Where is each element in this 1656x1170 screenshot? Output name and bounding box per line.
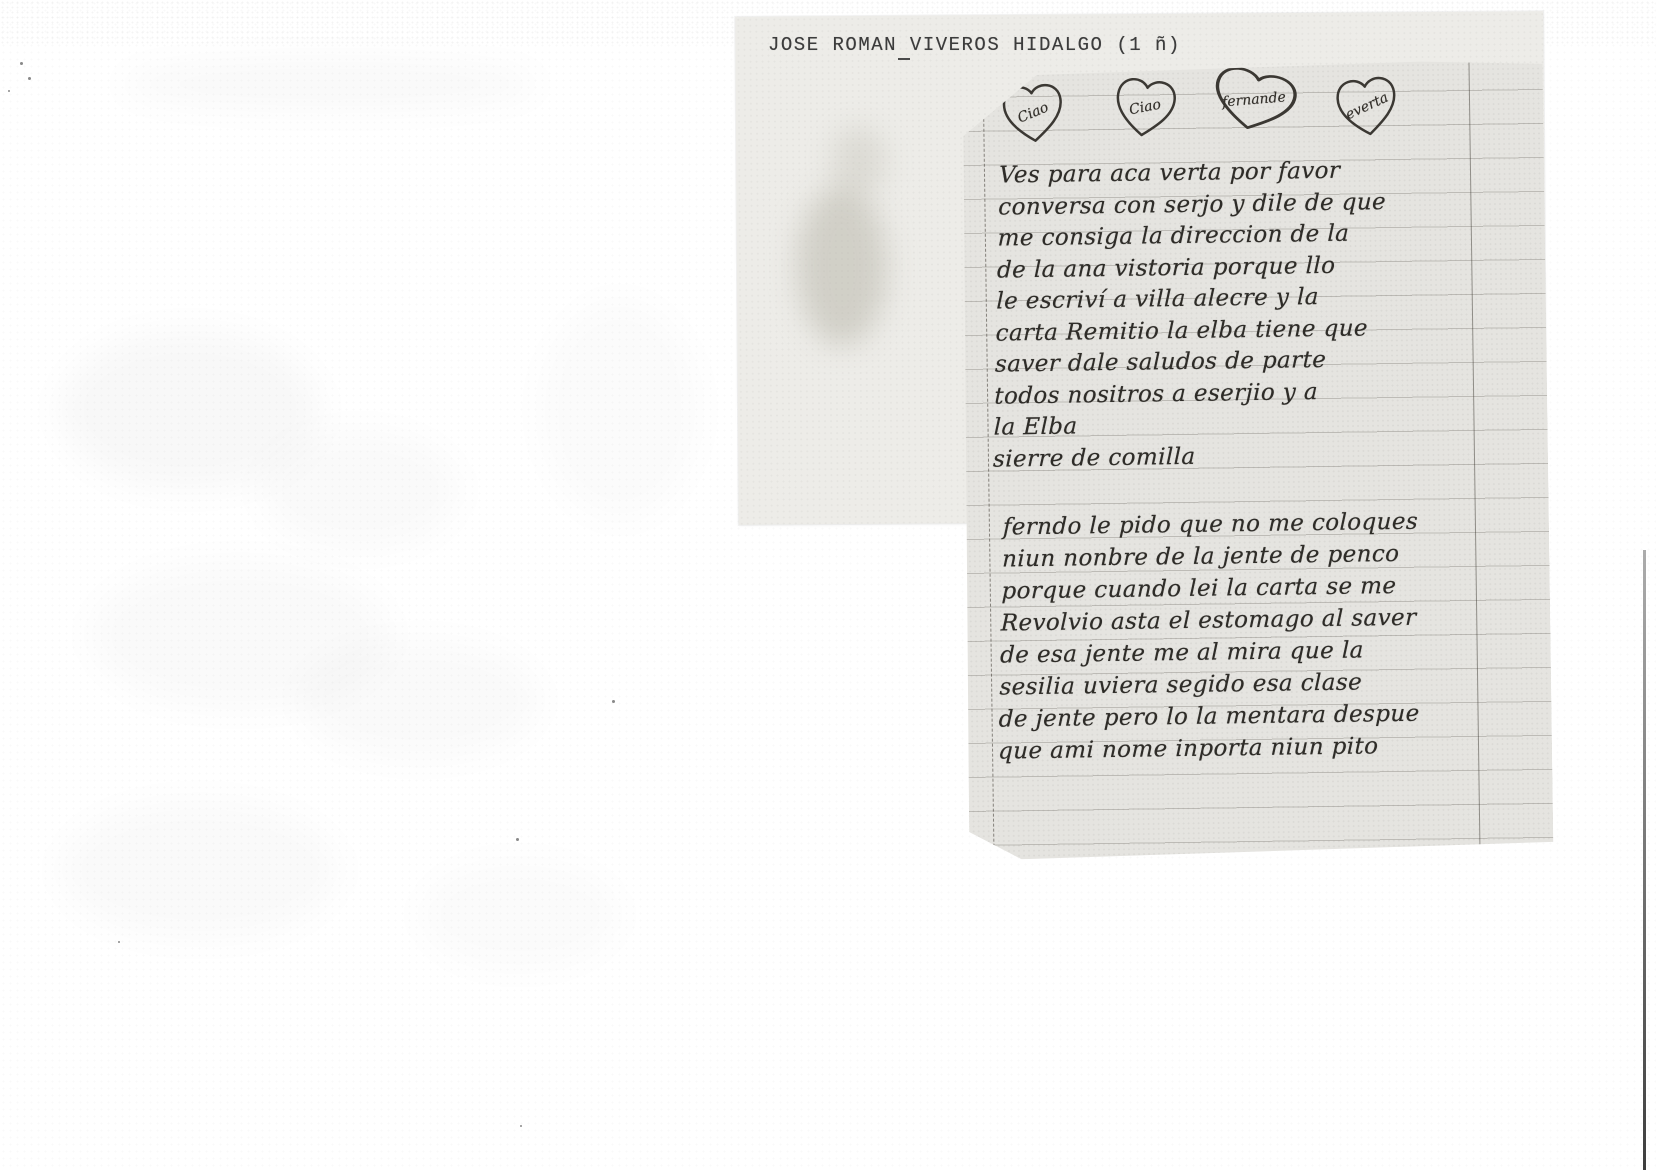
- letter-paragraph-1: Ves para aca verta por favor conversa co…: [993, 153, 1548, 476]
- scan-speck: [20, 62, 23, 65]
- typed-name-label: JOSE ROMAN VIVEROS HIDALGO (1 ñ): [768, 34, 1181, 56]
- drawn-hearts-row: Ciao Ciao fernande everta: [999, 64, 1520, 157]
- scan-noise-blob: [420, 860, 620, 970]
- heart-doodle: Ciao: [1107, 71, 1182, 143]
- heart-doodle: everta: [1330, 71, 1405, 143]
- scan-speck: [118, 941, 120, 943]
- heart-doodle: fernande: [1201, 58, 1307, 142]
- scan-noise-blob: [120, 58, 540, 110]
- scan-speck: [520, 1125, 522, 1127]
- paper-stain: [796, 186, 887, 347]
- scanned-page: JOSE ROMAN VIVEROS HIDALGO (1 ñ) Ciao Ci…: [0, 0, 1656, 1170]
- paper-stain: [831, 126, 886, 196]
- handwritten-letter: Ciao Ciao fernande everta: [950, 56, 1553, 862]
- handwritten-line: que ami nome inporta niun pito: [998, 728, 1547, 768]
- scan-speck: [612, 700, 615, 703]
- scan-speck: [28, 77, 31, 80]
- scan-edge-artifact: [1643, 550, 1646, 1170]
- underline-mark: [898, 58, 910, 60]
- scan-speck: [516, 838, 519, 841]
- letter-paragraph-2: ferndo le pido que no me coloques niun n…: [998, 504, 1551, 768]
- heart-name: fernande: [1204, 64, 1303, 136]
- scan-noise-blob: [540, 300, 700, 520]
- heart-name: Ciao: [1106, 70, 1185, 146]
- scan-noise-blob: [300, 640, 540, 760]
- scan-speck: [8, 90, 10, 92]
- scan-noise-blob: [60, 800, 340, 940]
- scan-noise-blob: [260, 430, 460, 550]
